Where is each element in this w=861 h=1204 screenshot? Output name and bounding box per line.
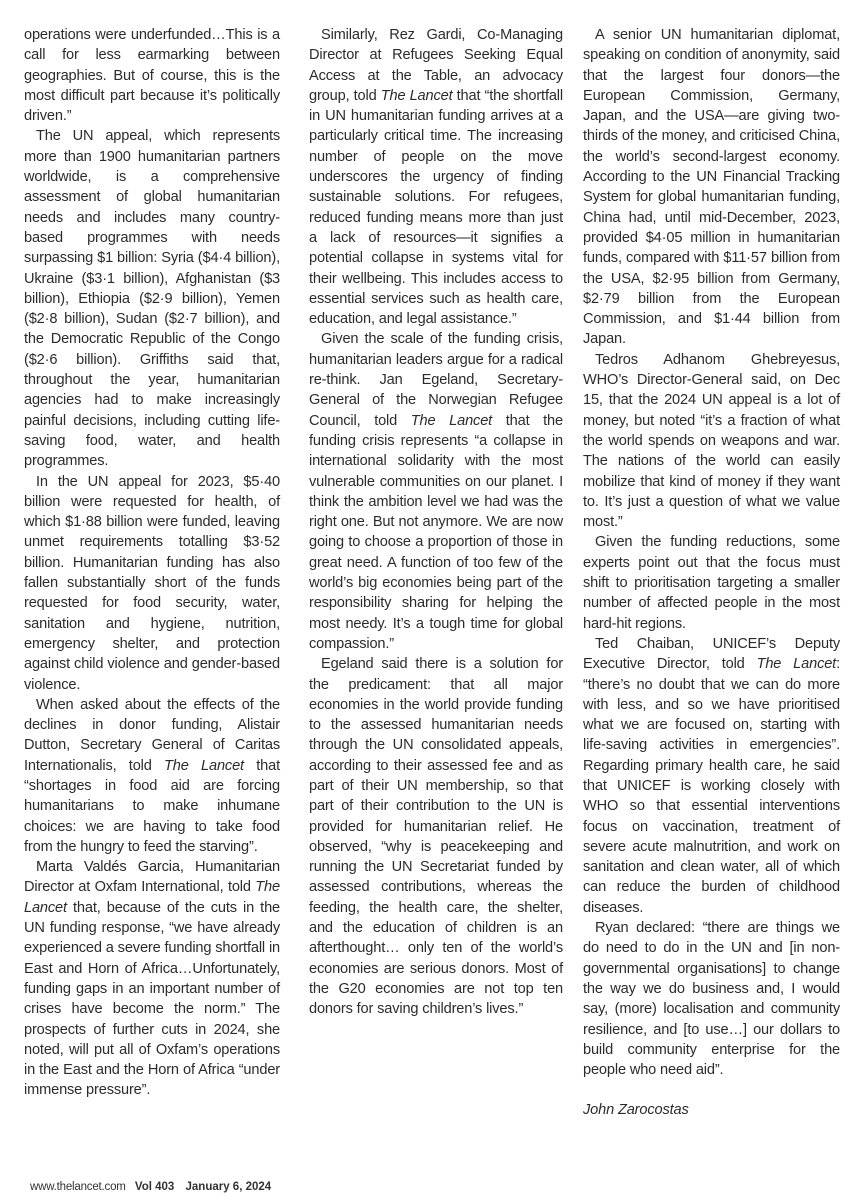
publication-name: The Lancet	[411, 413, 492, 429]
paragraph-text: : “there’s no doubt that we can do more …	[583, 656, 840, 916]
paragraph-text: Ryan declared: “there are things we do n…	[583, 920, 840, 1078]
article-paragraph: Ryan declared: “there are things we do n…	[583, 918, 840, 1080]
article-paragraph: In the UN appeal for 2023, $5·40 billion…	[24, 472, 280, 695]
article-paragraph: Tedros Adhanom Ghebreyesus, WHO’s Direct…	[583, 350, 840, 533]
article-paragraph: Similarly, Rez Gardi, Co-Managing Direct…	[309, 25, 563, 329]
paragraph-text: In the UN appeal for 2023, $5·40 billion…	[24, 474, 280, 693]
paragraph-text: Given the funding reductions, some exper…	[583, 534, 840, 631]
article-paragraph: operations were underfunded…This is a ca…	[24, 25, 280, 126]
paragraph-text: Marta Valdés Garcia, Humanitarian Direct…	[24, 859, 280, 895]
article-paragraph: When asked about the effects of the decl…	[24, 695, 280, 857]
column-2: Similarly, Rez Gardi, Co-Managing Direct…	[309, 25, 563, 1121]
paragraph-text: A senior UN humanitarian diplomat, speak…	[583, 27, 840, 347]
article-paragraph: Given the scale of the funding crisis, h…	[309, 329, 563, 654]
article-paragraph: Marta Valdés Garcia, Humanitarian Direct…	[24, 857, 280, 1101]
article-body: operations were underfunded…This is a ca…	[24, 25, 840, 1121]
publication-name: The Lancet	[757, 656, 837, 672]
paragraph-text: that, because of the cuts in the UN fund…	[24, 900, 280, 1099]
page-footer: www.thelancet.com Vol 403 January 6, 202…	[30, 1181, 271, 1193]
article-paragraph: The UN appeal, which represents more tha…	[24, 126, 280, 471]
paragraph-text: The UN appeal, which represents more tha…	[24, 128, 280, 469]
article-paragraph: A senior UN humanitarian diplomat, speak…	[583, 25, 840, 350]
author-byline: John Zarocostas	[583, 1100, 840, 1120]
column-3: A senior UN humanitarian diplomat, speak…	[583, 25, 840, 1121]
paragraph-text: that the funding crisis represents “a co…	[309, 413, 563, 652]
publication-name: The Lancet	[164, 758, 244, 774]
journal-website-link[interactable]: www.thelancet.com	[30, 1181, 126, 1193]
issue-date: January 6, 2024	[186, 1181, 272, 1193]
paragraph-text: Tedros Adhanom Ghebreyesus, WHO’s Direct…	[583, 352, 840, 530]
article-paragraph: Given the funding reductions, some exper…	[583, 532, 840, 633]
column-1: operations were underfunded…This is a ca…	[24, 25, 280, 1121]
article-paragraph: Ted Chaiban, UNICEF’s Deputy Executive D…	[583, 634, 840, 918]
publication-name: The Lancet	[381, 88, 453, 104]
article-paragraph: Egeland said there is a solution for the…	[309, 654, 563, 1019]
paragraph-text: operations were underfunded…This is a ca…	[24, 27, 280, 124]
paragraph-text: that “the shortfall in UN humanitarian f…	[309, 88, 563, 327]
paragraph-text: Egeland said there is a solution for the…	[309, 656, 563, 1017]
volume-number: Vol 403	[135, 1181, 174, 1193]
